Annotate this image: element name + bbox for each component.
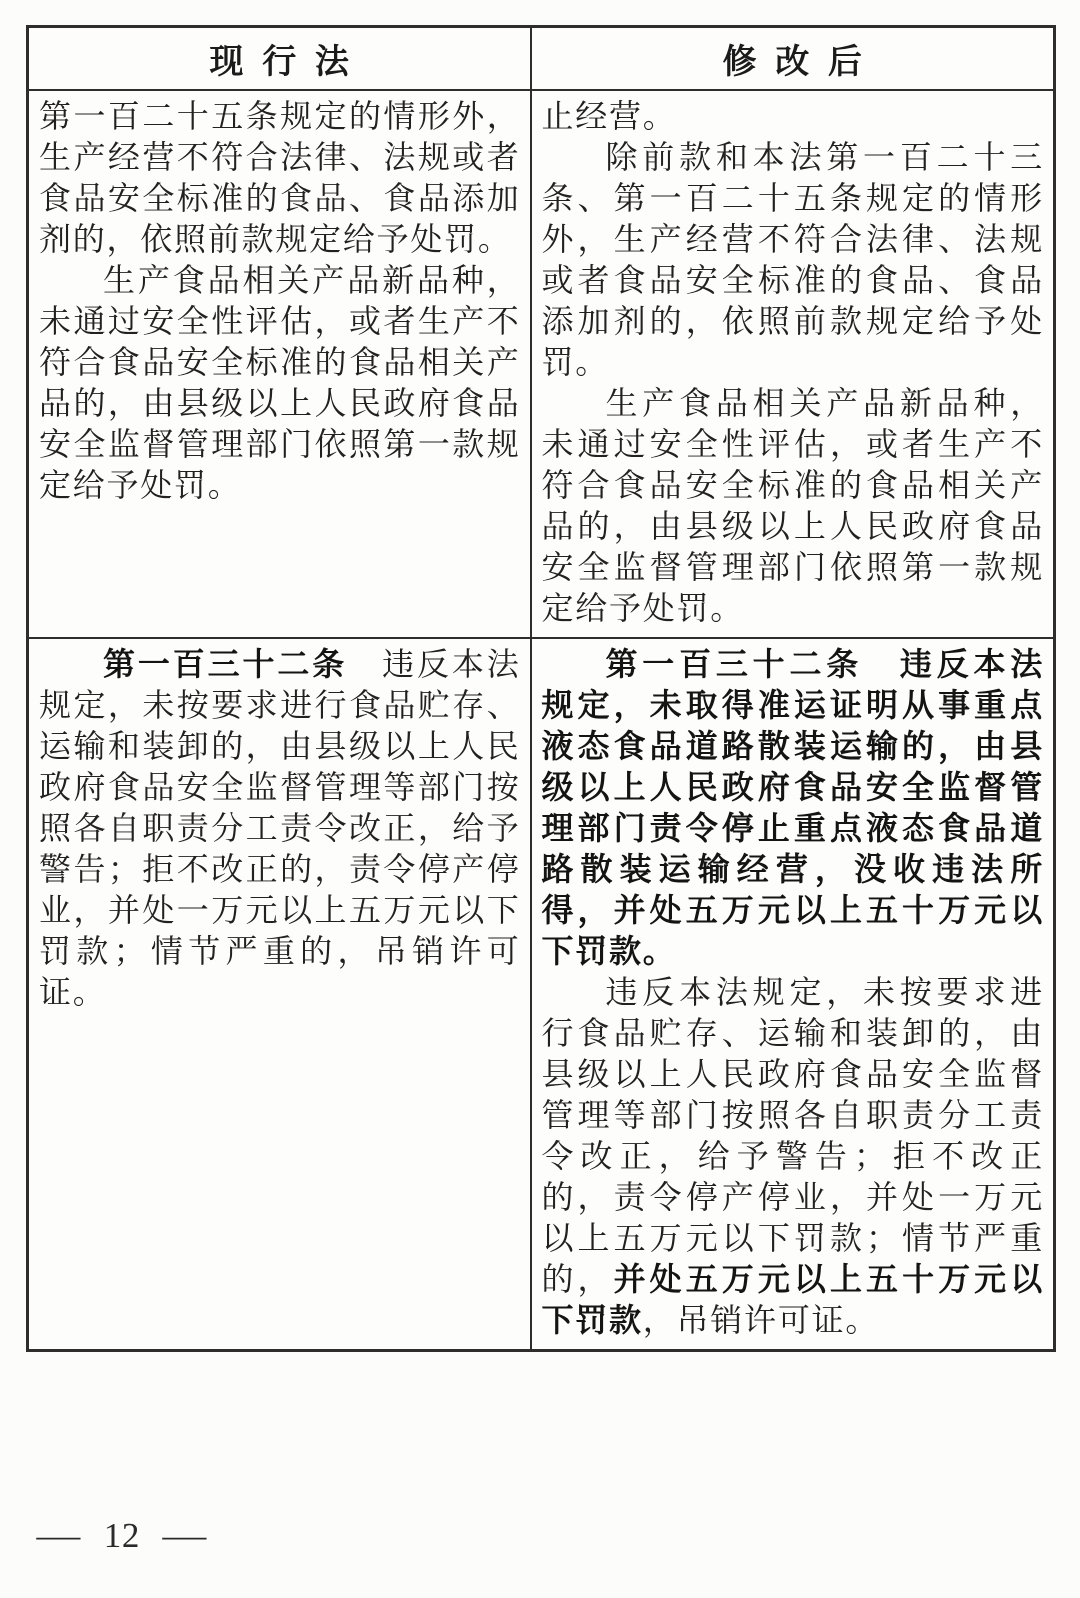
- text-run: ，吊销许可证。: [643, 1302, 879, 1338]
- law-comparison-table: 现行法 修改后 第一百二十五条规定的情形外，生产经营不符合法律、法规或者食品安全…: [26, 25, 1056, 1352]
- law-paragraph: 生产食品相关产品新品种，未通过安全性评估，或者生产不符合食品安全标准的食品相关产…: [39, 260, 521, 506]
- law-paragraph: 第一百三十二条 违反本法规定，未取得准运证明从事重点液态食品道路散装运输的，由县…: [542, 644, 1045, 972]
- text-run: 除前款和本法第一百二十三条、第一百二十五条规定的情形外，生产经营不符合法律、法规…: [542, 139, 1045, 380]
- law-paragraph: 止经营。: [542, 96, 1045, 137]
- emphasized-text-run: 第一百三十二条 违反本法规定，未取得准运证明从事重点液态食品道路散装运输的，由县…: [542, 646, 1045, 969]
- law-paragraph: 违反本法规定，未按要求进行食品贮存、运输和装卸的，由县级以上人民政府食品安全监督…: [542, 972, 1045, 1341]
- footer-right-dash: —: [163, 1516, 208, 1556]
- cell-current-law-row-1: 第一百二十五条规定的情形外，生产经营不符合法律、法规或者食品安全标准的食品、食品…: [28, 90, 531, 638]
- emphasized-text-run: 第一百三十二条: [103, 646, 347, 682]
- text-run: 违反本法规定，未按要求进行食品贮存、运输和装卸的，由县级以上人民政府食品安全监督…: [542, 974, 1045, 1297]
- text-run: 生产食品相关产品新品种，未通过安全性评估，或者生产不符合食品安全标准的食品相关产…: [39, 262, 521, 503]
- document-page: 现行法 修改后 第一百二十五条规定的情形外，生产经营不符合法律、法规或者食品安全…: [0, 0, 1080, 1598]
- cell-revised-law-row-2: 第一百三十二条 违反本法规定，未取得准运证明从事重点液态食品道路散装运输的，由县…: [531, 638, 1055, 1351]
- column-header-current-law: 现行法: [28, 27, 531, 90]
- law-paragraph: 生产食品相关产品新品种，未通过安全性评估，或者生产不符合食品安全标准的食品相关产…: [542, 383, 1045, 629]
- text-run: 止经营。: [542, 98, 677, 134]
- cell-current-law-row-2: 第一百三十二条 违反本法规定，未按要求进行食品贮存、运输和装卸的，由县级以上人民…: [28, 638, 531, 1351]
- column-header-revised-law: 修改后: [531, 27, 1055, 90]
- table-row-2: 第一百三十二条 违反本法规定，未按要求进行食品贮存、运输和装卸的，由县级以上人民…: [28, 638, 1055, 1351]
- table-row-1: 第一百二十五条规定的情形外，生产经营不符合法律、法规或者食品安全标准的食品、食品…: [28, 90, 1055, 638]
- footer-left-dash: —: [37, 1516, 82, 1556]
- text-run: 生产食品相关产品新品种，未通过安全性评估，或者生产不符合食品安全标准的食品相关产…: [542, 385, 1045, 626]
- page-number: 12: [104, 1516, 140, 1556]
- law-paragraph: 第一百三十二条 违反本法规定，未按要求进行食品贮存、运输和装卸的，由县级以上人民…: [39, 644, 521, 1013]
- law-paragraph: 第一百二十五条规定的情形外，生产经营不符合法律、法规或者食品安全标准的食品、食品…: [39, 96, 521, 260]
- cell-revised-law-row-1: 止经营。除前款和本法第一百二十三条、第一百二十五条规定的情形外，生产经营不符合法…: [531, 90, 1055, 638]
- text-run: 第一百二十五条规定的情形外，生产经营不符合法律、法规或者食品安全标准的食品、食品…: [39, 98, 521, 257]
- table-body: 第一百二十五条规定的情形外，生产经营不符合法律、法规或者食品安全标准的食品、食品…: [28, 90, 1055, 1351]
- table-header-row: 现行法 修改后: [28, 27, 1055, 90]
- text-run: 违反本法规定，未按要求进行食品贮存、运输和装卸的，由县级以上人民政府食品安全监督…: [39, 646, 521, 1010]
- page-footer: — 12 —: [41, 1516, 203, 1556]
- law-paragraph: 除前款和本法第一百二十三条、第一百二十五条规定的情形外，生产经营不符合法律、法规…: [542, 137, 1045, 383]
